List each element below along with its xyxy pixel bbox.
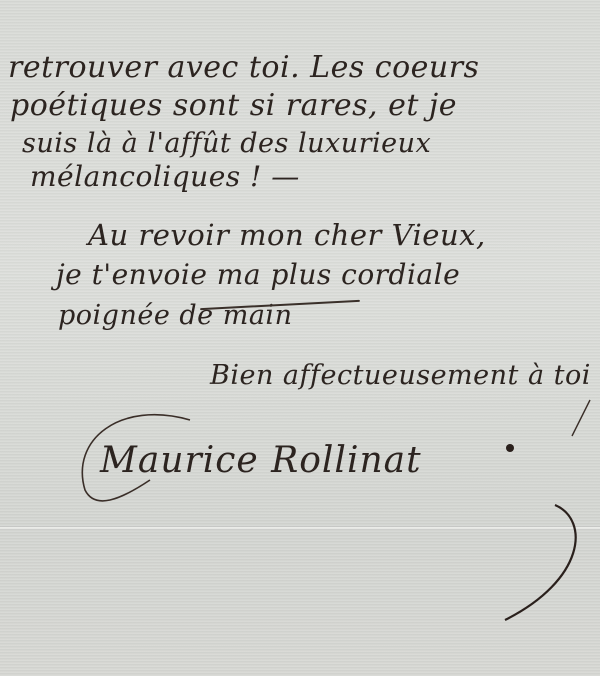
signature-flourish bbox=[0, 0, 600, 676]
ink-blot bbox=[506, 444, 514, 452]
letter-page: retrouver avec toi. Les coeurs poétiques… bbox=[0, 0, 600, 676]
